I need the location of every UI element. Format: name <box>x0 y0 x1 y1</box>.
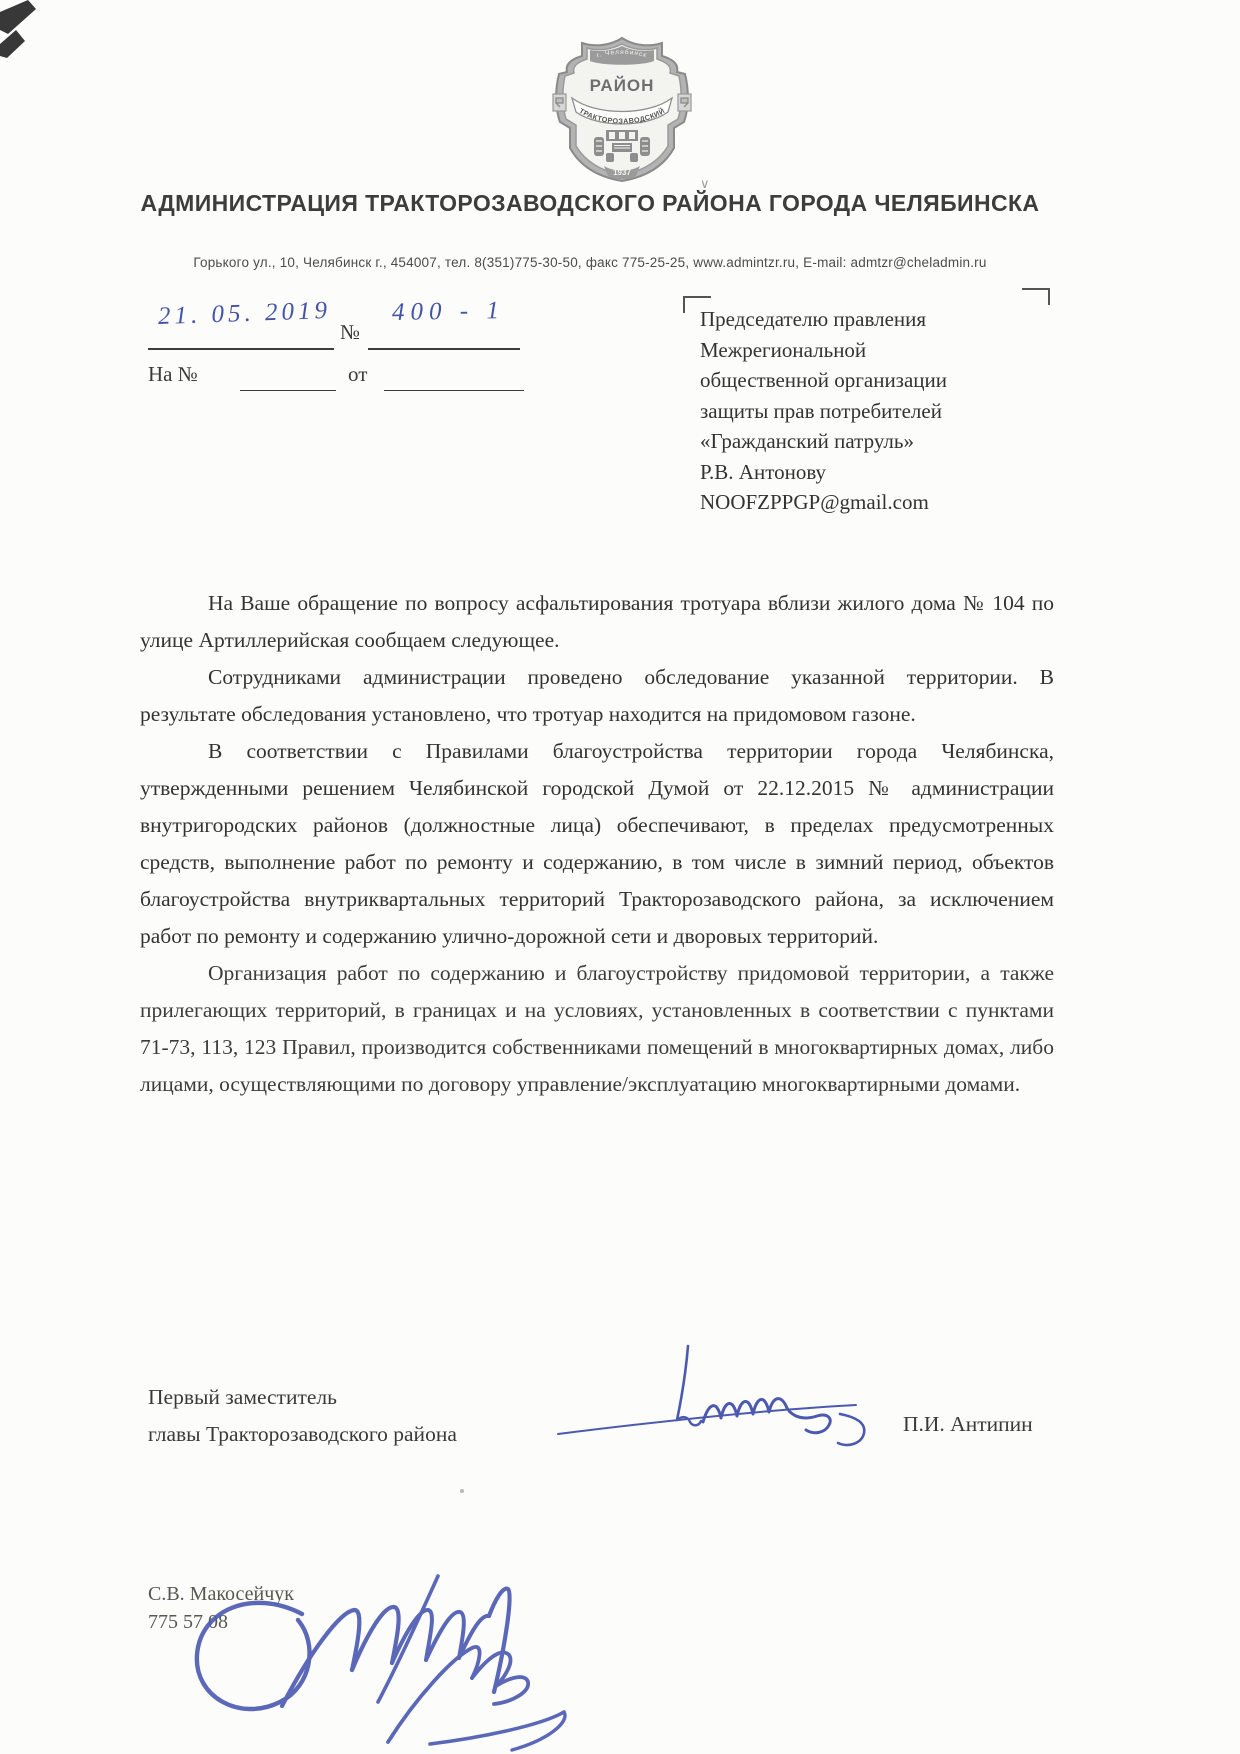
number-sign-label: № <box>340 320 360 345</box>
emblem-district-label: РАЙОН <box>590 76 655 95</box>
scan-artifact-corner <box>0 0 36 58</box>
reply-from-label: от <box>348 362 367 387</box>
date-underline <box>148 348 334 350</box>
recipient-line: Межрегиональной <box>700 335 1060 366</box>
scan-speck <box>460 1489 464 1493</box>
reply-number-underline <box>240 390 336 391</box>
body-paragraph: На Ваше обращение по вопросу асфальтиров… <box>140 585 1054 659</box>
executor-phone: 775 57 08 <box>148 1611 228 1634</box>
outgoing-date-handwritten: 21. 05. 2019 <box>158 297 332 331</box>
recipient-line: Председателю правления <box>700 304 1060 335</box>
body-paragraph: Организация работ по содержанию и благоу… <box>140 955 1054 1103</box>
executor-name: С.В. Макосейчук <box>148 1583 294 1606</box>
recipient-block: Председателю правления Межрегиональной о… <box>700 304 1060 518</box>
recipient-line: общественной организации <box>700 365 1060 396</box>
scanned-letter-page: г. Челябинск РАЙОН ТРАКТОРОЗАВОДСКИЙ <box>0 0 1240 1754</box>
recipient-line: Р.В. Антонову <box>700 457 1060 488</box>
organization-address: Горького ул., 10, Челябинск г., 454007, … <box>70 255 1110 270</box>
body-paragraph: Сотрудниками администрации проведено обс… <box>140 659 1054 733</box>
district-emblem-icon: г. Челябинск РАЙОН ТРАКТОРОЗАВОДСКИЙ <box>552 34 692 186</box>
organization-title: АДМИНИСТРАЦИЯ ТРАКТОРОЗАВОДСКОГО РАЙОНА … <box>70 190 1110 217</box>
reply-to-number-label: На № <box>148 362 198 387</box>
reply-date-underline <box>384 390 524 391</box>
recipient-email: NOOFZPPGP@gmail.com <box>700 487 1060 518</box>
number-underline <box>368 348 520 350</box>
antipin-signature <box>558 1346 864 1445</box>
signer-position-line2: главы Тракторозаводского района <box>148 1422 457 1447</box>
outgoing-number-handwritten: 400 - 1 <box>392 297 505 327</box>
signer-name: П.И. Антипин <box>903 1412 1033 1437</box>
recipient-line: защиты прав потребителей <box>700 396 1060 427</box>
emblem-year-label: 1937 <box>613 168 631 177</box>
signer-position-line1: Первый заместитель <box>148 1385 337 1410</box>
body-paragraph: В соответствии с Правилами благоустройст… <box>140 733 1054 955</box>
recipient-line: «Гражданский патруль» <box>700 426 1060 457</box>
letter-body: На Ваше обращение по вопросу асфальтиров… <box>140 585 1054 1103</box>
recipient-corner-mark-right <box>1022 288 1050 305</box>
